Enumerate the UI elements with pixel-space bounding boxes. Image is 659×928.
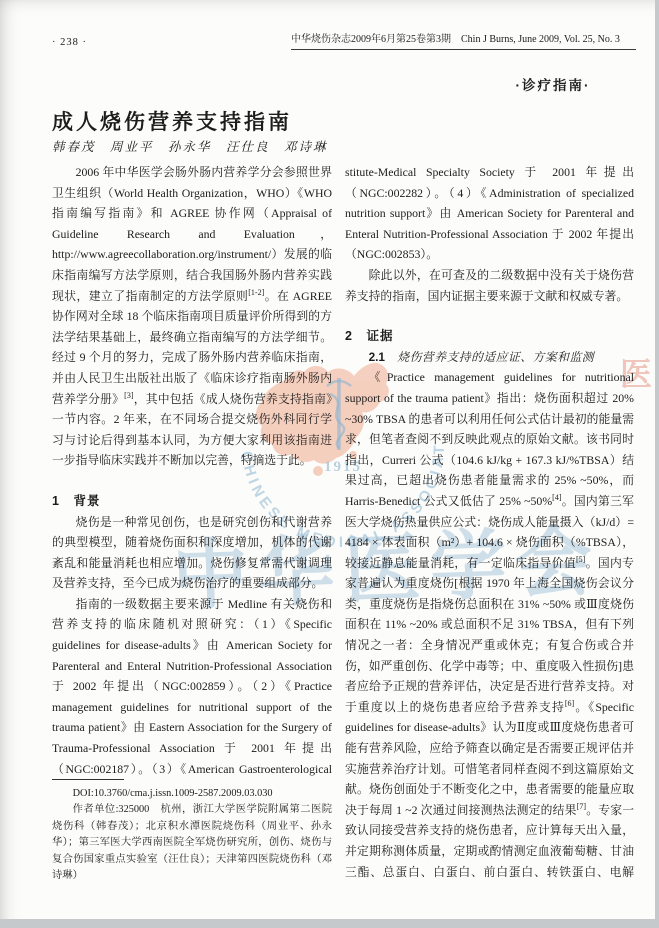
besides-paragraph: 除此以外，在可查及的二级数据中没有关于烧伤营养支持的指南，国内证据主要来源于文献… [345,265,634,306]
continuation-paragraph: stitute-Medical Specialty Society 于 2001… [345,162,634,265]
section-2-heading: 2 证据 [345,326,634,347]
footnote-divider [52,779,124,780]
section-2-1-heading: 2.1 烧伤营养支持的适应证、方案和监测 [345,347,634,368]
right-column: stitute-Medical Specialty Society 于 2001… [345,162,634,878]
background-paragraph-1: 烧伤是一种常见创伤，也是研究创伤和代谢营养的典型模型，随着烧伤面积和深度增加，机… [52,512,332,594]
page-number: · 238 · [52,37,87,48]
footnote-block: DOI:10.3760/cma.j.issn.1009-2587.2009.03… [52,779,332,884]
intro-paragraph: 2006 年中华医学会肠外肠内营养学分会参照世界卫生组织（World Healt… [52,162,332,471]
column-tag: ·诊疗指南· [488,74,618,94]
affiliation-line: 作者单位:325000 杭州，浙江大学医学院附属第二医院烧伤科（韩春茂）；北京积… [52,802,332,884]
section-2-1-title: 烧伤营养支持的适应证、方案和监测 [385,350,594,364]
paper-page: 1915 CHINESE MEDICAL ASSOCIATION 中华医学会 医… [0,0,655,919]
author-list: 韩春茂 周业平 孙永华 汪仕良 邓诗琳 [52,137,328,155]
background-paragraph-2: 指南的一级数据主要来源于 Medline 有关烧伤和营养支持的临床随机对照研究：… [52,594,332,780]
article-title: 成人烧伤营养支持指南 [52,106,292,136]
section-1-heading: 1 背景 [52,491,332,512]
section-2-1-number: 2.1 [369,350,385,364]
doi-line: DOI:10.3760/cma.j.issn.1009-2587.2009.03… [52,786,332,802]
evidence-paragraph: 《Practice management guidelines for nutr… [345,367,634,878]
journal-header: 中华烧伤杂志2009年6月第25卷第3期 Chin J Burns, June … [291,33,636,50]
left-column: 2006 年中华医学会肠外肠内营养学分会参照世界卫生组织（World Healt… [52,162,332,780]
page-background: { "header": { "page_number": "· 238 ·", … [0,0,659,928]
